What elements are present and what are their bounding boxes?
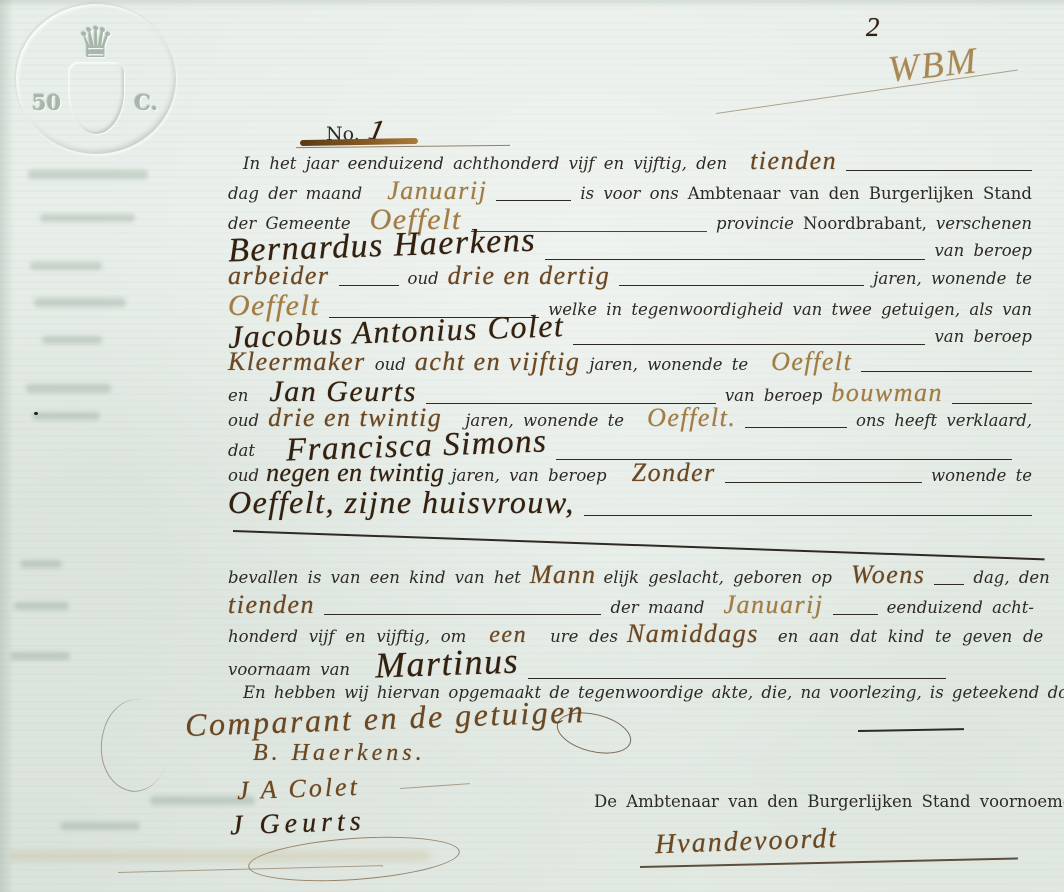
printed-of-profession: van beroep bbox=[934, 241, 1032, 260]
signature-registrar: Hvandevoordt bbox=[654, 823, 838, 861]
printed-registrar-signoff: De Ambtenaar van den Burgerlijken Stand … bbox=[594, 792, 1064, 811]
form-line-child-gender: bevallen is van een kind van het Mann el… bbox=[228, 560, 1034, 590]
page-edge-shadow bbox=[0, 0, 14, 892]
form-line-birth-date: tienden der maand Januarij eenduizend ac… bbox=[228, 590, 1034, 620]
printed-year-text: In het jaar eenduizend achthonderd vijf … bbox=[243, 154, 727, 173]
printed-registrar-title: Ambtenaar van den Burgerlijken Stand bbox=[688, 184, 1032, 203]
hand-mother-residence: Oeffelt, zijne huisvrouw, bbox=[228, 484, 575, 521]
blank-rule bbox=[858, 728, 964, 731]
shield-icon bbox=[68, 62, 124, 134]
form-line-year: In het jaar eenduizend achthonderd vijf … bbox=[243, 146, 1032, 176]
ink-speck bbox=[34, 412, 38, 415]
blank-rule bbox=[324, 614, 601, 615]
printed-of-profession: van beroep bbox=[934, 327, 1032, 346]
hand-birth-day: tienden bbox=[228, 590, 315, 620]
signature-witness2-row: J Geurts bbox=[230, 808, 366, 840]
pen-flourish-curve bbox=[88, 691, 184, 799]
printed-day-of-month: dag der maand bbox=[228, 184, 362, 203]
form-line-comparant: Comparant en de getuigen bbox=[185, 700, 585, 737]
blank-rule bbox=[833, 614, 878, 615]
act-number-underline bbox=[300, 138, 418, 146]
bleed-through-mark bbox=[30, 262, 102, 270]
blank-rule bbox=[496, 200, 571, 201]
hand-witness1-residence: Oeffelt bbox=[771, 347, 852, 377]
registrar-title-row: De Ambtenaar van den Burgerlijken Stand … bbox=[594, 792, 1064, 811]
hand-birth-report-day: tienden bbox=[750, 146, 837, 176]
blank-rule bbox=[339, 285, 399, 286]
clerk-monogram: WBM bbox=[886, 39, 980, 91]
bleed-through-mark bbox=[28, 170, 148, 179]
signature-witness1-row: J A Colet bbox=[237, 774, 360, 804]
signature-flourish bbox=[400, 783, 470, 789]
birth-certificate-document: ♛ 50 C. 2 WBM No. 1 In het jaar eenduize… bbox=[0, 0, 1064, 892]
bleed-through-mark bbox=[42, 336, 102, 344]
form-line-mother-residence: Oeffelt, zijne huisvrouw, bbox=[228, 484, 1032, 521]
blank-rule bbox=[846, 170, 1032, 171]
printed-gender-suffix-born-on: elijk geslacht, geboren op bbox=[604, 568, 832, 587]
bleed-through-mark bbox=[14, 602, 69, 610]
printed-of-the-month: der maand bbox=[610, 598, 704, 617]
bleed-through-mark bbox=[34, 298, 126, 307]
printed-years-residing: jaren, wonende te bbox=[873, 269, 1032, 288]
bleed-through-mark bbox=[26, 384, 111, 393]
crown-icon: ♛ bbox=[77, 18, 115, 67]
stamp-value: 50 bbox=[32, 90, 61, 115]
printed-before-us: is voor ons bbox=[580, 184, 678, 203]
blank-rule bbox=[545, 259, 925, 260]
blank-rule bbox=[725, 482, 922, 483]
hand-declarant-age: drie en dertig bbox=[448, 261, 611, 291]
embossed-revenue-stamp: ♛ 50 C. bbox=[16, 4, 176, 154]
hand-witness1-age: acht en vijftig bbox=[415, 347, 580, 377]
printed-years-residing: jaren, wonende te bbox=[589, 355, 748, 374]
signature-declarant: B. Haerkens. bbox=[253, 740, 426, 767]
page-top-shadow bbox=[0, 0, 1064, 8]
form-line-witness1-name: Jacobus Antonius Colet van beroep bbox=[228, 313, 1032, 350]
blank-rule bbox=[619, 285, 864, 286]
blank-rule bbox=[584, 515, 1032, 516]
bleed-through-mark bbox=[32, 412, 100, 420]
blank-rule bbox=[861, 371, 1032, 372]
bleed-through-mark bbox=[40, 214, 135, 222]
page-corner-number: 2 bbox=[866, 12, 881, 43]
printed-aged: oud bbox=[228, 466, 259, 485]
form-line-declarant-name: Bernardus Haerkens van beroep bbox=[228, 227, 1032, 265]
form-line-declarant-age: arbeider oud drie en dertig jaren, wonen… bbox=[228, 261, 1032, 291]
hand-declarant-profession: arbeider bbox=[228, 261, 330, 291]
printed-delivered-child: bevallen is van een kind van het bbox=[228, 568, 521, 587]
signature-witness1: J A Colet bbox=[237, 772, 361, 806]
hand-birth-month: Januarij bbox=[723, 590, 823, 620]
hand-report-month: Januarij bbox=[387, 176, 487, 206]
signature-witness2: J Geurts bbox=[229, 806, 366, 843]
printed-day-the: dag, den bbox=[973, 568, 1049, 587]
printed-aged: oud bbox=[408, 269, 439, 288]
form-line-month: dag der maand Januarij is voor ons Ambte… bbox=[228, 176, 1032, 206]
signature-registrar-row: Hvandevoordt bbox=[655, 826, 838, 858]
printed-aged: oud bbox=[375, 355, 406, 374]
signature-declarant-row: B. Haerkens. bbox=[253, 740, 426, 767]
form-line-witness1-age: Kleermaker oud acht en vijftig jaren, wo… bbox=[228, 347, 1032, 377]
hand-gender-prefix: Mann bbox=[530, 560, 597, 590]
bleed-through-mark bbox=[10, 652, 70, 660]
hand-weekday-prefix: Woens bbox=[851, 560, 925, 590]
blank-rule bbox=[573, 344, 925, 345]
hand-comparant-witnesses: Comparant en de getuigen bbox=[184, 693, 585, 744]
printed-firstname-of: voornaam van bbox=[228, 660, 350, 679]
stamp-currency: C. bbox=[134, 90, 158, 115]
hand-witness1-profession: Kleermaker bbox=[228, 347, 366, 377]
bleed-through-mark bbox=[60, 822, 140, 830]
printed-years-profession: jaren, van beroep bbox=[451, 466, 606, 485]
bleed-through-mark bbox=[20, 560, 62, 568]
blank-space-strike-line bbox=[233, 530, 1045, 560]
monogram-flourish bbox=[716, 70, 1018, 115]
blank-rule bbox=[934, 584, 964, 585]
printed-residing-at: wonende te bbox=[931, 466, 1032, 485]
printed-one-thousand-eight: eenduizend acht- bbox=[887, 598, 1034, 617]
